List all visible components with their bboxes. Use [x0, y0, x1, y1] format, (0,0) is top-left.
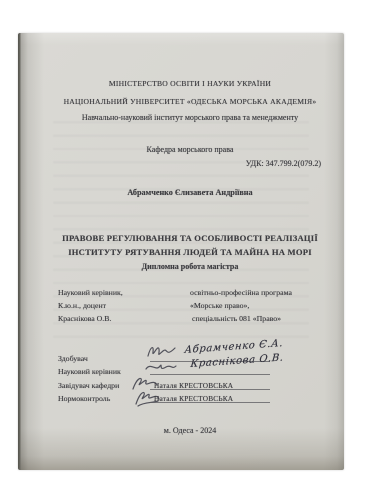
signature-row-label: Завідувач кафедри — [58, 381, 119, 390]
program-line-3: спеціальність 081 «Право» — [192, 314, 281, 323]
supervisor-role-line: Науковий керівник, — [58, 288, 123, 297]
department-line: Кафедра морського права — [48, 145, 332, 154]
program-line-2: «Морське право», — [190, 301, 249, 310]
university-line: НАЦІОНАЛЬНИЙ УНІВЕРСИТЕТ «ОДЕСЬКА МОРСЬК… — [48, 97, 332, 106]
udc-line: УДК: 347.799.2(079.2) — [246, 159, 321, 168]
signature-underline — [150, 374, 270, 375]
supervisor-degree-line: К.ю.н., доцент — [58, 301, 106, 310]
ministry-line: МІНІСТЕРСТВО ОСВІТИ І НАУКИ УКРАЇНИ — [48, 79, 332, 88]
thesis-title-line-1: ПРАВОВЕ РЕГУЛЮВАННЯ ТА ОСОБЛИВОСТІ РЕАЛІ… — [48, 233, 332, 243]
signature-underline — [150, 402, 270, 403]
author-name: Абрамченко Єлизавета Андріївна — [48, 188, 332, 197]
institute-line: Навчально-науковий інститут морського пр… — [48, 113, 332, 122]
supervisor-name-line: Краснікова О.В. — [58, 314, 111, 323]
signature-underline — [150, 389, 270, 390]
handwritten-name: Краснікова О.В. — [190, 352, 284, 370]
signature-row-label: Нормоконтроль — [58, 394, 110, 403]
signature-scribble-icon — [144, 360, 178, 374]
signature-row-label: Здобувач — [58, 354, 88, 363]
thesis-title-page-photo: МІНІСТЕРСТВО ОСВІТИ І НАУКИ УКРАЇНИ НАЦІ… — [18, 33, 344, 470]
signature-scribble-icon — [146, 343, 178, 360]
thesis-subtitle: Дипломна робота магістра — [48, 262, 332, 271]
footer-city-year: м. Одеса - 2024 — [48, 426, 332, 435]
program-line-1: освітньо-професійна програма — [190, 288, 292, 297]
thesis-title-line-2: ІНСТИТУТУ РЯТУВАННЯ ЛЮДЕЙ ТА МАЙНА НА МО… — [48, 247, 332, 257]
signature-row-label: Науковий керівник — [58, 367, 121, 376]
